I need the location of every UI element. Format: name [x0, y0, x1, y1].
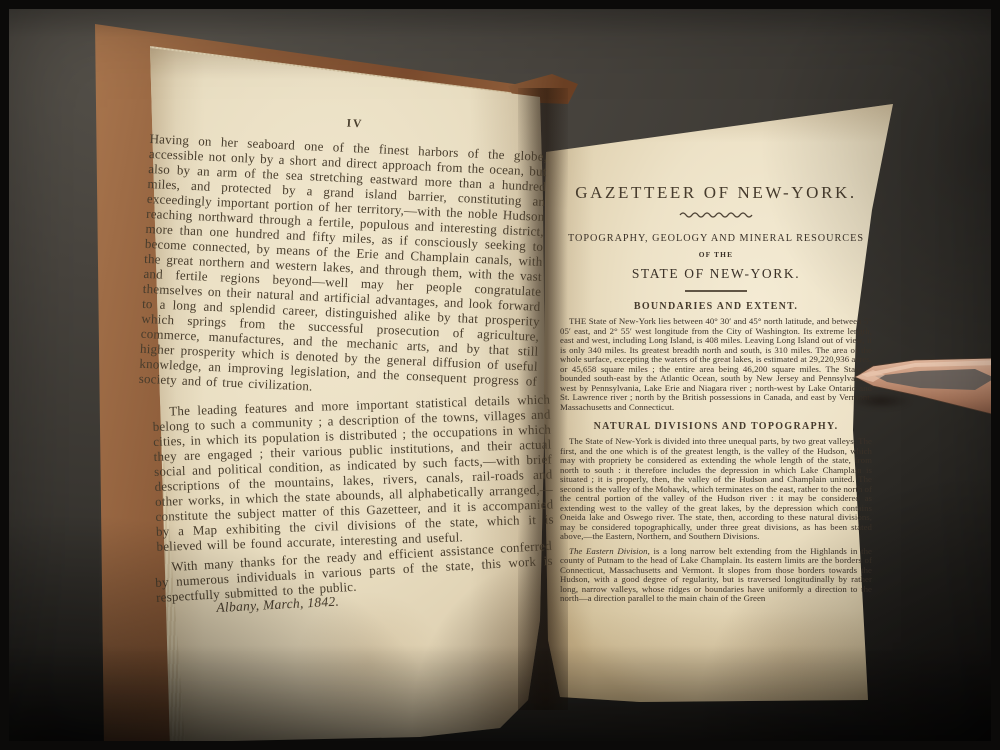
section-heading-boundaries: BOUNDARIES AND EXTENT. — [560, 301, 872, 312]
divisions-paragraph: The State of New-York is divided into th… — [560, 437, 872, 542]
subtitle-line-1: TOPOGRAPHY, GEOLOGY AND MINERAL RESOURCE… — [560, 233, 872, 244]
title-rule — [685, 290, 747, 292]
eastern-division-paragraph: The Eastern Division, is a long narrow b… — [560, 547, 872, 604]
metal-pen-nib — [845, 348, 1000, 428]
page-title: GAZETTEER OF NEW-YORK. — [560, 183, 872, 203]
left-page-paragraph-2: The leading features and more important … — [152, 391, 555, 553]
photo-of-open-book: IV Having on her seaboard one of the fin… — [0, 0, 1000, 750]
subtitle-line-2: OF THE — [560, 250, 872, 259]
boundaries-paragraph: THE State of New-York lies between 40° 3… — [560, 317, 872, 412]
eastern-division-rest: , is a long narrow belt extending from t… — [560, 546, 872, 604]
eastern-division-lead: The Eastern Division — [569, 546, 648, 556]
wavy-divider — [678, 210, 754, 219]
right-page-text: GAZETTEER OF NEW-YORK. TOPOGRAPHY, GEOLO… — [560, 183, 872, 604]
left-page-paragraph-1: Having on her seaboard one of the finest… — [138, 131, 547, 404]
subtitle-line-3: STATE OF NEW-YORK. — [560, 266, 872, 282]
section-heading-divisions: NATURAL DIVISIONS AND TOPOGRAPHY. — [560, 421, 872, 432]
